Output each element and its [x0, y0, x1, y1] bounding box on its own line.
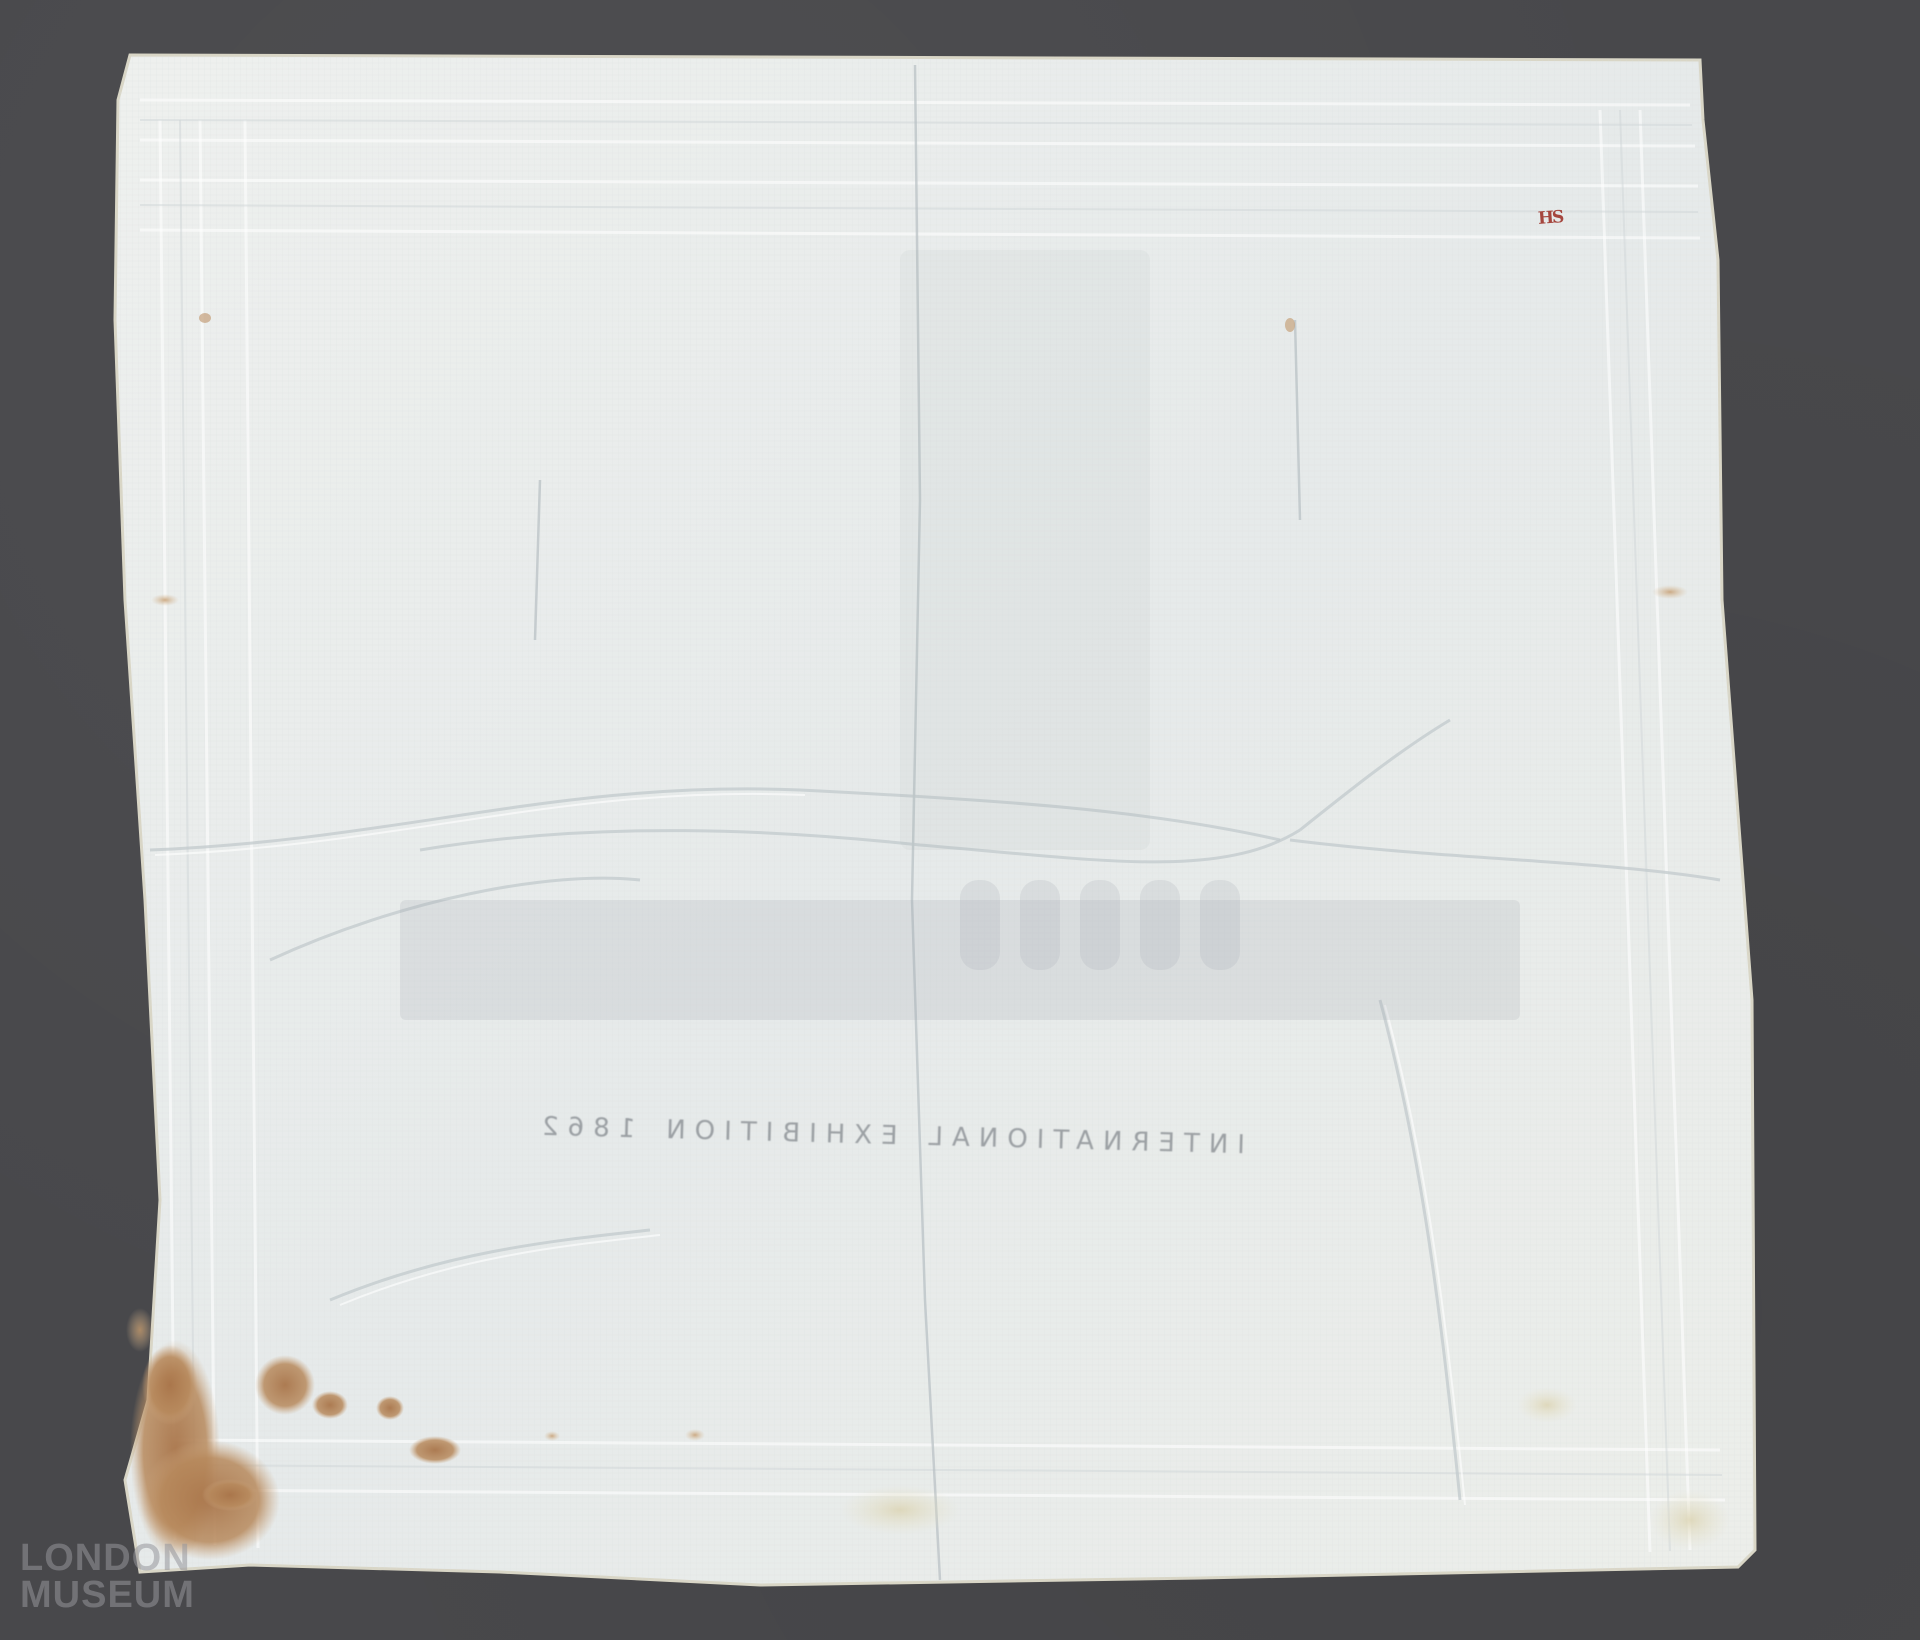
watermark-line: MUSEUM [20, 1577, 195, 1614]
watermark-line: LONDON [20, 1540, 195, 1577]
print-word: EXHIBITION [657, 1115, 898, 1151]
handkerchief: INTERNATIONALEXHIBITION1862 HS [0, 0, 1920, 1640]
print-word: 1862 [533, 1112, 636, 1145]
embroidered-monogram: HS [1537, 207, 1563, 229]
london-museum-watermark: LONDON MUSEUM [20, 1540, 195, 1614]
